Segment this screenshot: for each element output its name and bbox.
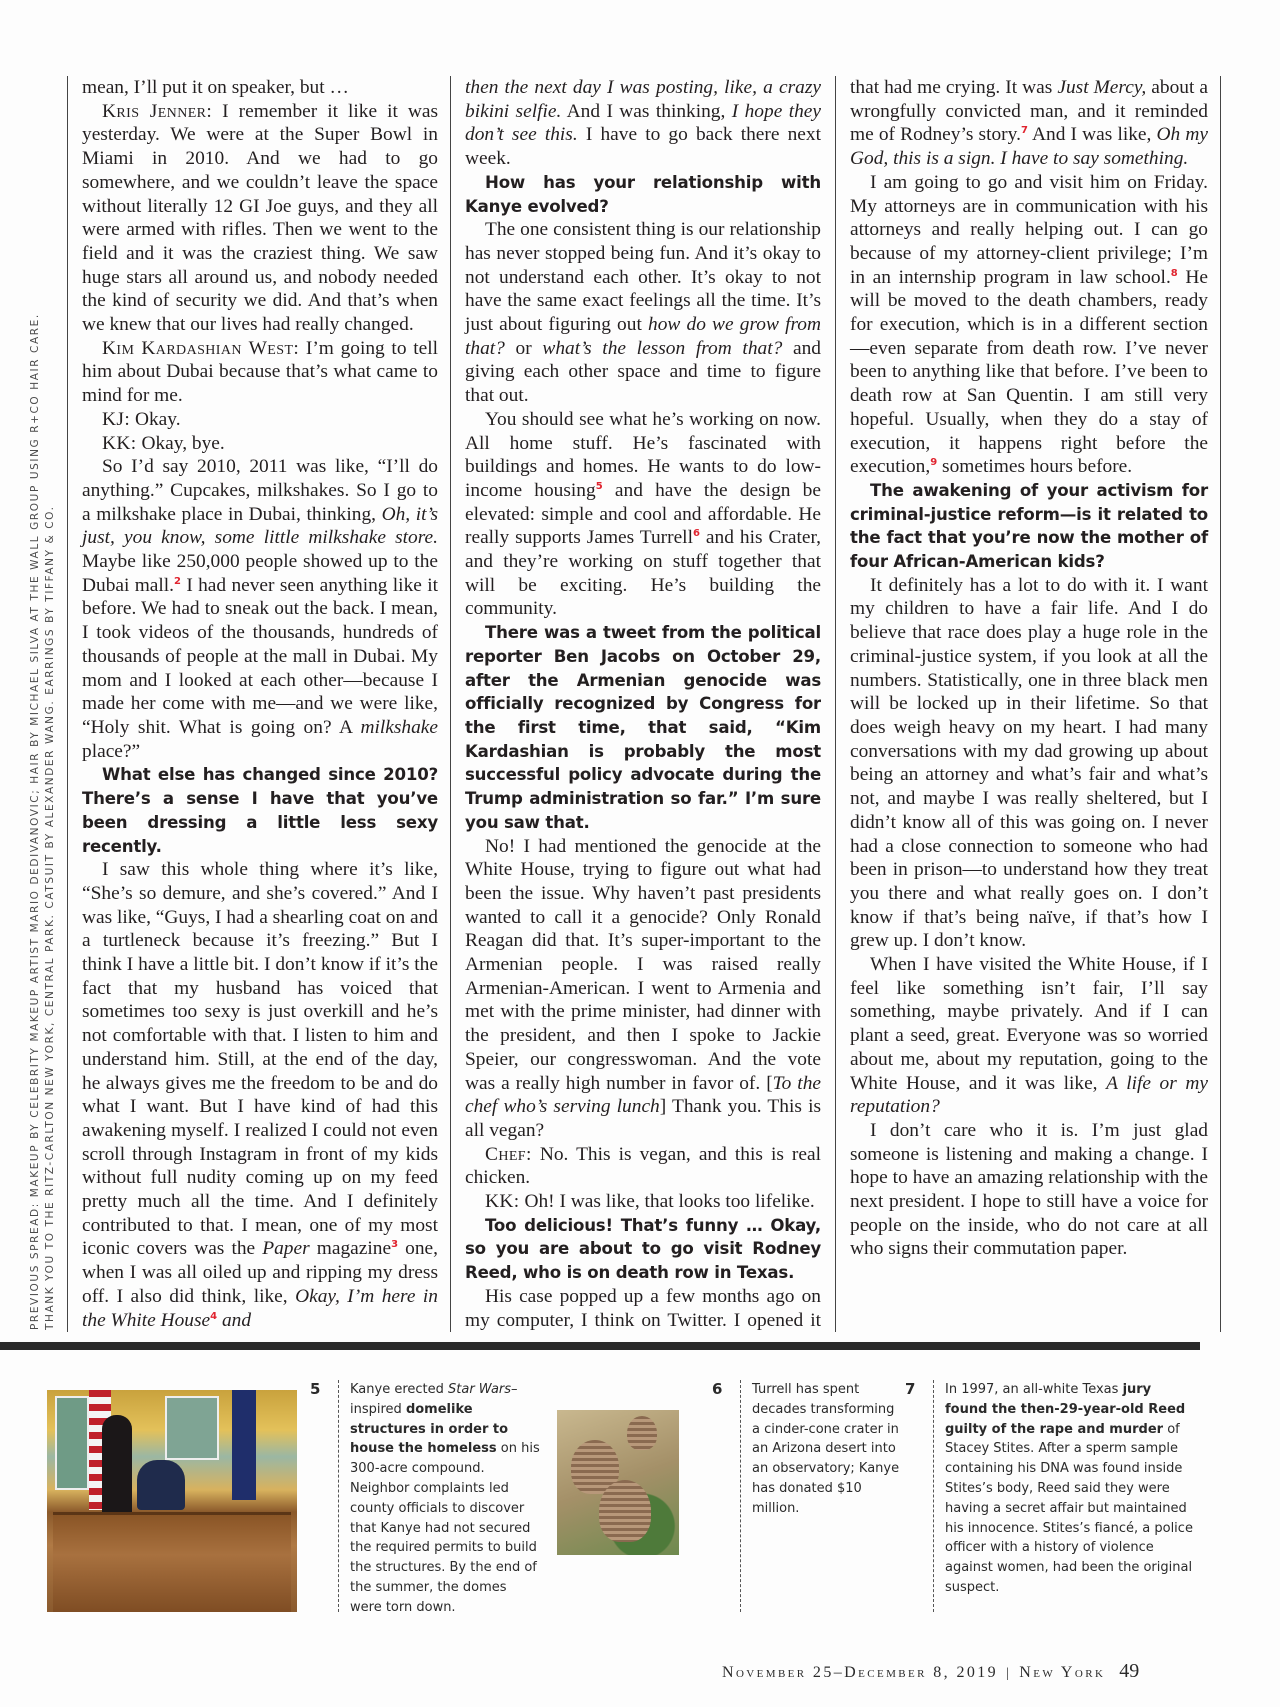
footer-separator: | xyxy=(1006,1666,1011,1681)
paragraph: I am going to go and visit him on Friday… xyxy=(850,171,1208,479)
paragraph: KK: Okay, bye. xyxy=(82,432,438,456)
speaker-label: KK: xyxy=(485,1191,520,1212)
speaker-label: Chef: xyxy=(485,1144,532,1165)
footnote-text: In 1997, an all-white Texas jury found t… xyxy=(933,1380,1195,1612)
paragraph: You should see what he’s working on now.… xyxy=(465,408,821,621)
oval-office-photo xyxy=(47,1390,297,1612)
article-column-3: that had me crying. It was Just Mercy, a… xyxy=(835,76,1221,1332)
footnote-number: 7 xyxy=(905,1380,915,1400)
footnote-text: Turrell has spent decades transforming a… xyxy=(740,1380,902,1612)
resolute-desk xyxy=(53,1512,291,1612)
credit-line-2: Thank you to the Ritz-Carlton New York, … xyxy=(43,330,58,1330)
footnote-marker[interactable]: 8 xyxy=(1171,268,1178,279)
photo-credits: Previous spread: Makeup by celebrity mak… xyxy=(28,330,58,1330)
paragraph: Chef: No. This is vegan, and this is rea… xyxy=(465,1143,821,1190)
presidential-flag-icon xyxy=(232,1390,256,1500)
paragraph: mean, I’ll put it on speaker, but … xyxy=(82,76,438,100)
interview-question: Too delicious! That’s funny … Okay, so y… xyxy=(465,1214,821,1285)
paragraph: When I have visited the White House, if … xyxy=(850,953,1208,1119)
interview-question: How has your relationship with Kanye evo… xyxy=(465,171,821,218)
article-column-2: then the next day I was posting, like, a… xyxy=(450,76,821,1332)
interview-question: What else has changed since 2010? There’… xyxy=(82,763,438,858)
page-number: 49 xyxy=(1119,1660,1139,1682)
paragraph: KJ: Okay. xyxy=(82,408,438,432)
credit-line-1: Previous spread: Makeup by celebrity mak… xyxy=(28,330,43,1330)
speaker-label: KJ: xyxy=(102,409,130,430)
speaker-label: Kim Kardashian West: xyxy=(102,338,299,359)
paragraph: I don’t care who it is. I’m just glad so… xyxy=(850,1119,1208,1261)
paragraph: So I’d say 2010, 2011 was like, “I’ll do… xyxy=(82,455,438,763)
footnote-marker[interactable]: 6 xyxy=(693,528,700,539)
paragraph: Kim Kardashian West: I’m going to tell h… xyxy=(82,337,438,408)
paragraph: His case popped up a few months ago on m… xyxy=(465,1285,821,1332)
paragraph: The one consistent thing is our relation… xyxy=(465,218,821,408)
footnote-number: 6 xyxy=(712,1380,722,1400)
paragraph: Kris Jenner: I remember it like it was y… xyxy=(82,100,438,337)
footnote-marker[interactable]: 2 xyxy=(174,576,181,587)
footnote-text: Kanye erected Star Wars–inspired domelik… xyxy=(338,1380,540,1612)
paragraph: KK: Oh! I was like, that looks too lifel… xyxy=(465,1190,821,1214)
article-column-1: mean, I’ll put it on speaker, but … Kris… xyxy=(67,76,438,1332)
issue-date: November 25–December 8, 2019 xyxy=(722,1664,998,1681)
paragraph: that had me crying. It was Just Mercy, a… xyxy=(850,76,1208,171)
footnote-number: 5 xyxy=(310,1380,320,1400)
footnote-marker[interactable]: 5 xyxy=(596,481,603,492)
paragraph: It definitely has a lot to do with it. I… xyxy=(850,574,1208,953)
paragraph: No! I had mentioned the genocide at the … xyxy=(465,835,821,1143)
footnote-marker[interactable]: 3 xyxy=(391,1239,398,1250)
footnote-marker[interactable]: 7 xyxy=(1021,125,1028,136)
paragraph: then the next day I was posting, like, a… xyxy=(465,76,821,171)
speaker-label: Kris Jenner: xyxy=(102,101,212,122)
interview-question: The awakening of your activism for crimi… xyxy=(850,479,1208,574)
paragraph: I saw this whole thing where it’s like, … xyxy=(82,858,438,1332)
speaker-label: KK: xyxy=(102,433,137,454)
publication-name: New York xyxy=(1019,1664,1105,1681)
page-footer: November 25–December 8, 2019|New York49 xyxy=(722,1660,1139,1683)
domes-aerial-photo xyxy=(557,1410,679,1555)
section-divider-rule xyxy=(0,1342,1200,1350)
interview-question: There was a tweet from the political rep… xyxy=(465,621,821,834)
